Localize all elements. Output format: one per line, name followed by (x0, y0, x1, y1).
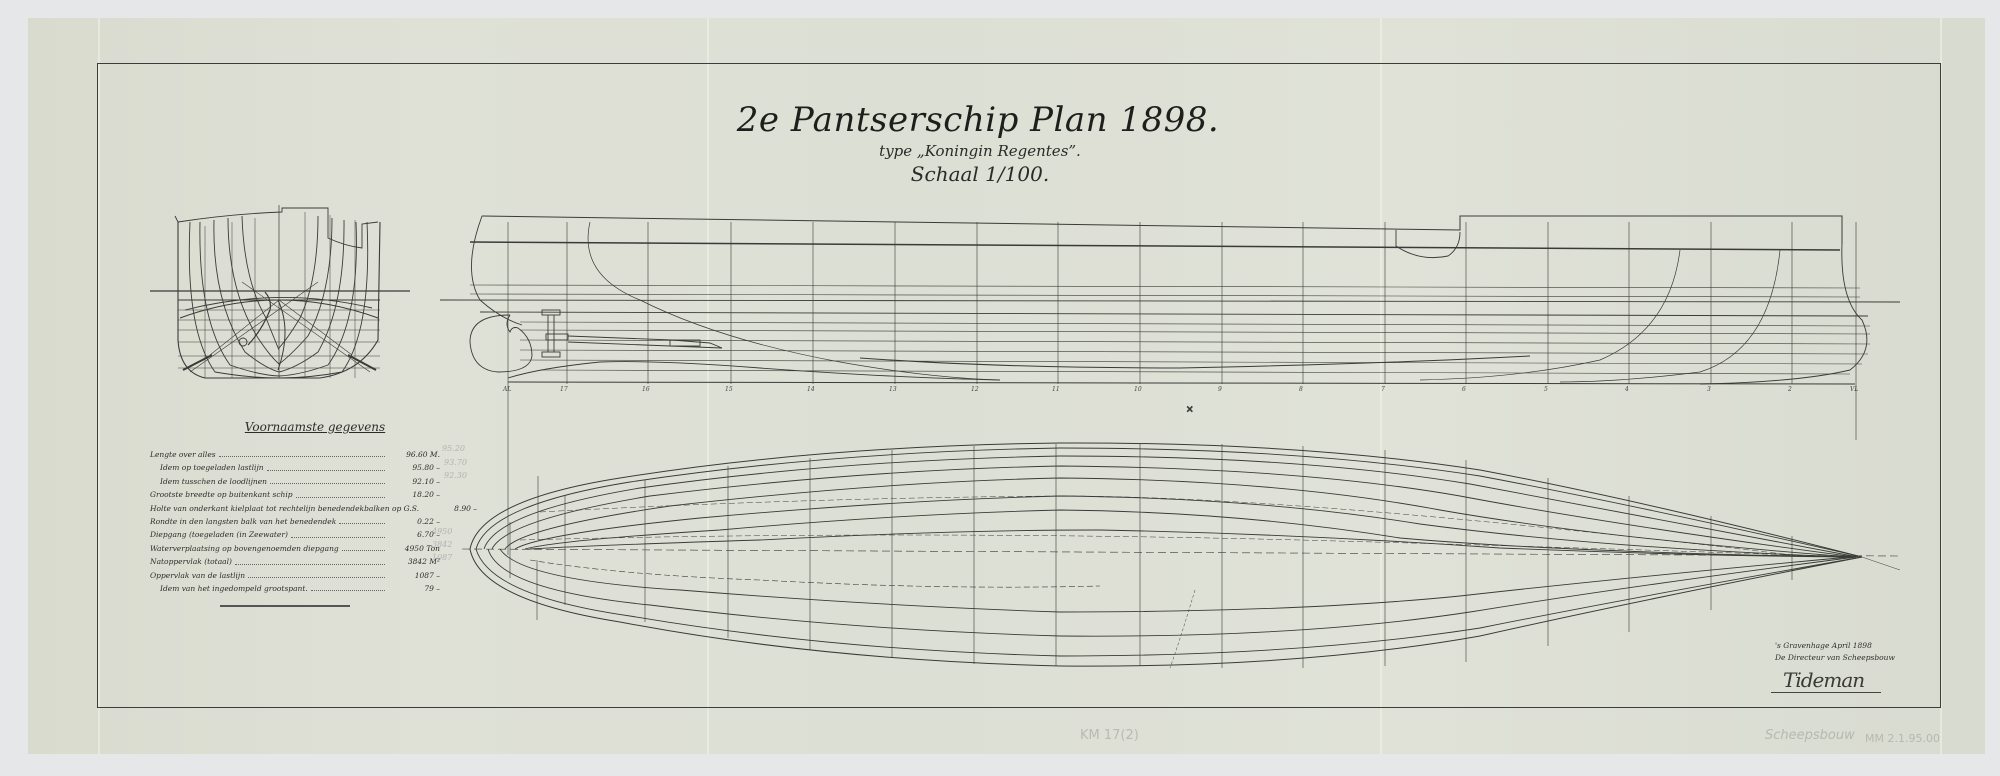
signature: Tideman (1783, 668, 1895, 692)
svg-text:16: 16 (642, 386, 650, 393)
svg-text:AL: AL (502, 386, 511, 393)
svg-text:12: 12 (971, 386, 979, 393)
svg-text:8: 8 (1299, 386, 1303, 393)
pencil-note: 3842 (432, 540, 452, 549)
body-plan (150, 205, 410, 378)
table-underline (220, 605, 350, 607)
ship-lines-drawing: × (0, 0, 2000, 776)
svg-text:7: 7 (1381, 386, 1385, 393)
office-title: De Directeur van Scheepsbouw (1775, 652, 1895, 664)
svg-text:×: × (1186, 405, 1194, 415)
svg-text:9: 9 (1218, 386, 1222, 393)
spec-row: Idem op toegeladen lastlijn95.80 – (150, 461, 440, 474)
signature-flourish (1771, 692, 1881, 693)
signature-block: 's Gravenhage April 1898 De Directeur va… (1775, 640, 1895, 693)
spec-row: Grootste breedte op buitenkant schip18.2… (150, 488, 440, 501)
svg-text:4: 4 (1624, 386, 1629, 393)
pencil-note: 1087 (432, 553, 452, 562)
svg-text:10: 10 (1134, 386, 1142, 393)
svg-text:5: 5 (1544, 386, 1548, 393)
pencil-note: 92.30 (444, 471, 467, 480)
svg-text:2: 2 (1787, 386, 1792, 393)
pencil-note: 4950 (432, 527, 452, 536)
spec-row: Idem van het ingedompeld grootspant.79 – (150, 582, 440, 595)
specifications-heading: Voornaamste gegevens (190, 420, 440, 434)
svg-text:13: 13 (889, 386, 897, 393)
spec-row: Rondte in den langsten balk van het bene… (150, 515, 440, 528)
archive-number: MM 2.1.95.00 (1865, 732, 1940, 745)
spec-row: Waterverplaatsing op bovengenoemden diep… (150, 542, 440, 555)
half-breadth-plan (462, 443, 1900, 668)
spec-row: Oppervlak van de lastlijn1087 – (150, 569, 440, 582)
station-labels: AL 17 16 15 14 13 12 11 10 9 8 7 6 5 4 3… (502, 386, 1858, 393)
svg-text:VL: VL (1850, 386, 1858, 393)
svg-text:17: 17 (560, 386, 568, 393)
svg-text:6: 6 (1462, 386, 1466, 393)
svg-text:3: 3 (1707, 386, 1711, 393)
spec-row: Idem tusschen de loodlijnen92.10 – (150, 475, 440, 488)
archive-note: Scheepsbouw (1765, 728, 1855, 743)
pencil-note: 95.20 (442, 444, 465, 453)
spec-row: Holte van onderkant kielplaat tot rechte… (150, 502, 440, 515)
pencil-note: 93.70 (444, 458, 467, 467)
spec-row: Lengte over alles96.60 M. (150, 448, 440, 461)
spec-row: Natoppervlak (totaal)3842 M² (150, 555, 440, 568)
svg-text:15: 15 (725, 386, 733, 393)
svg-text:14: 14 (807, 386, 815, 393)
svg-text:11: 11 (1052, 386, 1060, 393)
sheer-profile: × (440, 216, 1900, 555)
archive-stamp: KM 17(2) (1080, 728, 1139, 743)
specifications-table: Voornaamste gegevens Lengte over alles96… (150, 420, 440, 607)
spec-row: Diepgang (toegeladen (in Zeewater)6.70 – (150, 528, 440, 541)
place-date: 's Gravenhage April 1898 (1775, 640, 1895, 652)
